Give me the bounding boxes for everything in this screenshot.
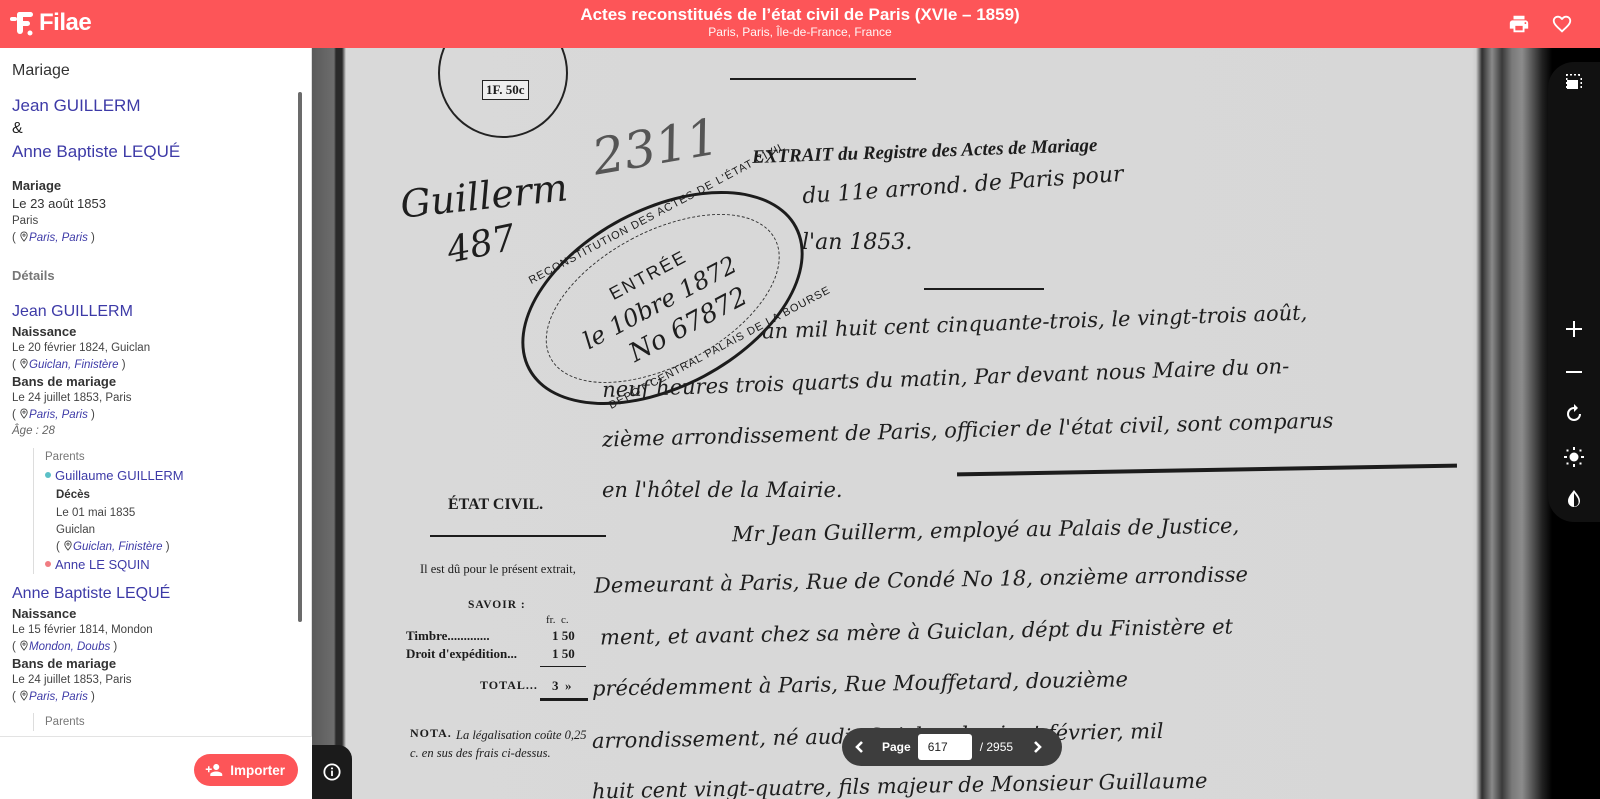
heart-icon [1551,13,1573,35]
import-button[interactable]: Importer [194,754,298,786]
record-type-title: Mariage [12,62,300,80]
location-pin-icon [19,408,29,419]
location-link[interactable]: Guiclan, Finistère [29,359,118,371]
parents-label: Parents [45,448,300,466]
event-location: ( Paris, Paris ) [12,407,300,423]
parents-list: Parents [33,713,300,731]
event-label: Naissance [12,605,300,622]
marriage-event: Mariage Le 23 août 1853 Paris ( Paris, P… [12,177,300,246]
zoom-in-button[interactable] [1562,317,1586,341]
event-location: ( Guiclan, Finistère ) [12,357,300,373]
nota-text: La légalisation coûte 0,25 c. en sus des… [410,726,590,762]
location-pin-icon [19,358,29,369]
units-label: fr. c. [546,614,569,626]
margin-name: Guillerm [398,165,570,226]
location-link[interactable]: Guiclan, Finistère [73,541,162,553]
total-rule [540,698,588,701]
document-image[interactable]: 1F. 50c 2311 Guillerm 487 EXTRAIT du Reg… [312,48,1600,799]
add-person-icon [205,763,223,777]
zoom-out-icon [1564,362,1584,382]
import-label: Importer [230,763,285,778]
age: Âge : 28 [12,423,300,440]
thumbnail-icon [1564,72,1584,92]
fee-label: Droit d'expédition... [406,646,517,662]
etat-civil-title: ÉTAT CIVIL. [448,496,543,514]
event-date: Le 01 mai 1835 [56,505,300,522]
location-pin-icon [63,540,73,551]
event-location: ( Guiclan, Finistère ) [56,539,300,555]
chevron-left-icon [854,740,866,754]
event-label: Mariage [12,177,300,194]
print-icon [1508,13,1530,35]
event-location: ( Mondon, Doubs ) [12,639,300,655]
etat-civil-intro: Il est dû pour le présent extrait, [406,559,591,580]
event-label: Naissance [12,323,300,340]
handwritten-line: ment, et avant chez sa mère à Guiclan, d… [600,614,1233,649]
person-name-link[interactable]: Anne Baptiste LEQUÉ [12,583,300,605]
rotate-button[interactable] [1562,402,1586,426]
handwritten-line: Demeurant à Paris, Rue de Condé No 18, o… [594,562,1248,597]
margin-number: 2311 [588,107,723,186]
parent-mother-link[interactable]: Anne LE SQUIN [45,555,300,574]
thumbnail-button[interactable] [1562,70,1586,94]
info-button[interactable] [312,745,352,799]
father-dot-icon [45,472,51,478]
location-link[interactable]: Mondon, Doubs [29,641,110,653]
brightness-icon [1564,447,1584,467]
next-page-button[interactable] [1019,728,1055,766]
page-navigator: Page / 2955 [842,728,1062,766]
handwritten-line: Mr Jean Guillerm, employé au Palais de J… [732,514,1240,547]
age-label: Âge : [12,425,39,437]
rotate-icon [1564,404,1584,424]
fee-value: 1 50 [552,628,575,644]
location-link[interactable]: Paris, Paris [29,232,88,244]
contrast-icon [1564,489,1584,509]
decorative-rule [924,288,1044,290]
event-text: Le 20 février 1824, Guiclan [12,340,300,357]
person-card: Jean GUILLERM Naissance Le 20 février 18… [12,301,300,574]
zoom-in-icon [1564,319,1584,339]
event-place: Paris [12,213,300,230]
contrast-button[interactable] [1562,487,1586,511]
margin-act-number: 487 [443,217,519,271]
location-link[interactable]: Paris, Paris [29,409,88,421]
sidebar-scrollbar[interactable] [298,92,302,622]
parent-name: Guillaume GUILLERM [55,468,184,483]
details-heading: Détails [12,268,300,283]
event-label: Bans de mariage [12,373,300,390]
viewer-toolbar [1548,62,1600,522]
collection-title: Actes reconstitués de l’état civil de Pa… [0,5,1600,25]
document-viewer[interactable]: 1F. 50c 2311 Guillerm 487 EXTRAIT du Reg… [312,48,1600,799]
parent-event: Décès Le 01 mai 1835 Guiclan ( Guiclan, … [45,485,300,555]
parents-list: Parents Guillaume GUILLERM Décès Le 01 m… [33,448,300,574]
chevron-right-icon [1031,740,1043,754]
brightness-button[interactable] [1562,445,1586,469]
event-label: Bans de mariage [12,655,300,672]
previous-page-button[interactable] [842,728,878,766]
page-total: / 2955 [980,740,1013,754]
fee-value: 1 50 [552,646,575,662]
collection-heading: Actes reconstitués de l’état civil de Pa… [0,5,1600,40]
handwritten-line: précédemment à Paris, Rue Mouffetard, do… [592,667,1128,700]
event-label: Décès [56,485,300,505]
print-button[interactable] [1508,13,1530,35]
event-text: Le 24 juillet 1853, Paris [12,390,300,407]
savoir-label: SAVOIR : [468,599,526,611]
imperial-stamp: 1F. 50c [438,48,568,138]
event-place: Guiclan [56,522,300,539]
handwritten-line: an mil huit cent cinquante-trois, le vin… [762,300,1308,343]
person-card: Anne Baptiste LEQUÉ Naissance Le 15 févr… [12,583,300,731]
location-pin-icon [19,231,29,242]
sum-rule [540,666,586,667]
parent-father-link[interactable]: Guillaume GUILLERM [45,466,300,485]
event-location: ( Paris, Paris ) [12,689,300,705]
zoom-out-button[interactable] [1562,360,1586,384]
collection-location: Paris, Paris, Île-de-France, France [0,25,1600,40]
mother-dot-icon [45,561,51,567]
parents-label: Parents [45,713,300,731]
fee-label: Timbre............. [406,628,490,644]
decorative-rule [730,78,916,80]
age-value: 28 [42,425,55,437]
handwritten-line: en l'hôtel de la Mairie. [602,478,843,502]
record-sidebar: Mariage Jean GUILLERM & Anne Baptiste LE… [0,48,312,799]
handwritten-line: zième arrondissement de Paris, officier … [602,408,1334,451]
record-details-scroll[interactable]: Mariage Jean GUILLERM & Anne Baptiste LE… [0,48,312,736]
location-pin-icon [19,640,29,651]
info-icon [323,763,341,781]
event-location: ( Paris, Paris ) [12,230,300,246]
ampersand: & [12,117,300,140]
sidebar-footer: Importer [0,736,312,799]
event-text: Le 15 février 1814, Mondon [12,622,300,639]
spouse-2-link[interactable]: Anne Baptiste LEQUÉ [12,140,300,163]
total-label: TOTAL... [480,678,538,693]
spouse-1-link[interactable]: Jean GUILLERM [12,94,300,117]
person-name-link[interactable]: Jean GUILLERM [12,301,300,323]
favorite-button[interactable] [1551,13,1573,35]
decorative-rule [430,535,606,537]
stamp-value: 1F. 50c [482,80,529,100]
handwritten-line: huit cent vingt-quatre, fils majeur de M… [592,769,1208,799]
document-heading: EXTRAIT du Registre des Actes de Mariage [752,135,1098,169]
page-number-input[interactable] [918,734,972,760]
handwritten-rule [957,464,1457,477]
event-date: Le 23 août 1853 [12,194,300,213]
arrondissement-line: du 11e arrond. de Paris pour [802,162,1125,209]
event-text: Le 24 juillet 1853, Paris [12,672,300,689]
parent-name: Anne LE SQUIN [55,557,150,572]
total-value: 3 » [552,678,572,694]
location-pin-icon [19,690,29,701]
year-line: l'an 1853. [802,230,912,255]
page-label: Page [882,740,911,754]
app-header: Filae Actes reconstitués de l’état civil… [0,0,1600,48]
location-link[interactable]: Paris, Paris [29,691,88,703]
